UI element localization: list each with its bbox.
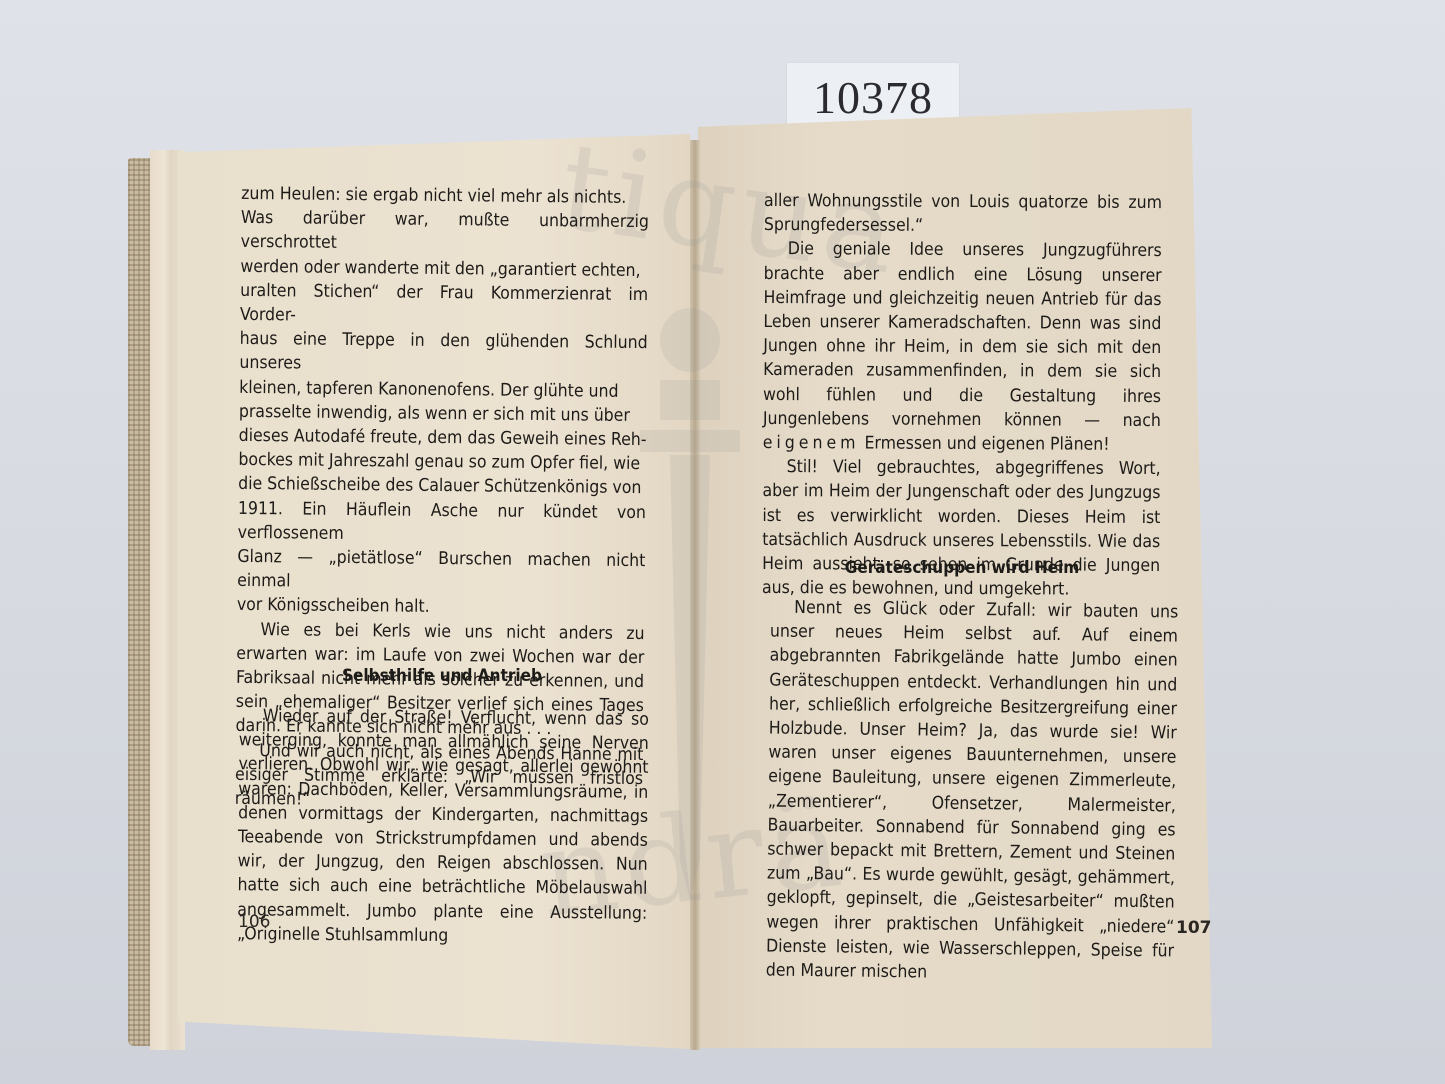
inventory-number: 10378 [787,71,959,124]
paragraph: Stil! Viel gebrauchtes, abgegriffenes Wo… [762,455,1161,602]
emphasized-word: eigenem [763,433,860,454]
right-page-text-bottom: Nennt es Glück oder Zufall: wir bauten u… [766,596,1179,988]
left-page-text-bottom: Wieder auf der Straße! Verflucht, wenn d… [237,704,649,950]
text-line: Was darüber war, mußte unbarmherzig vers… [241,206,649,259]
paragraph: Wieder auf der Straße! Verflucht, wenn d… [237,704,649,950]
text-line: haus eine Treppe in den glühenden Schlun… [239,327,647,380]
paragraph-part: Die geniale Idee unseres Jungzugführers … [763,239,1162,430]
paragraph-part: Ermessen und eigenen Plänen! [864,434,1109,455]
paragraph: aller Wohnungsstile von Louis quatorze b… [764,189,1162,239]
paragraph: Nennt es Glück oder Zufall: wir bauten u… [766,596,1179,988]
page-number-left: 106 [238,912,270,932]
text-line: Glanz — „pietätlose“ Burschen machen nic… [237,545,645,598]
section-heading-right: Geräteschuppen wird Heim [763,556,1161,580]
text-line: uralten Stichen“ der Frau Kommerzienrat … [240,279,648,332]
watermark-sword-icon [640,300,740,900]
text-line: 1911. Ein Häuflein Asche nur kündet von … [238,497,646,550]
paragraph: Die geniale Idee unseres Jungzugführers … [763,237,1162,457]
page-number-right: 107 [1176,918,1212,938]
section-heading-left: Selbsthilfe und Antrieb [238,664,646,688]
right-page-text-top: aller Wohnungsstile von Louis quatorze b… [762,189,1162,603]
